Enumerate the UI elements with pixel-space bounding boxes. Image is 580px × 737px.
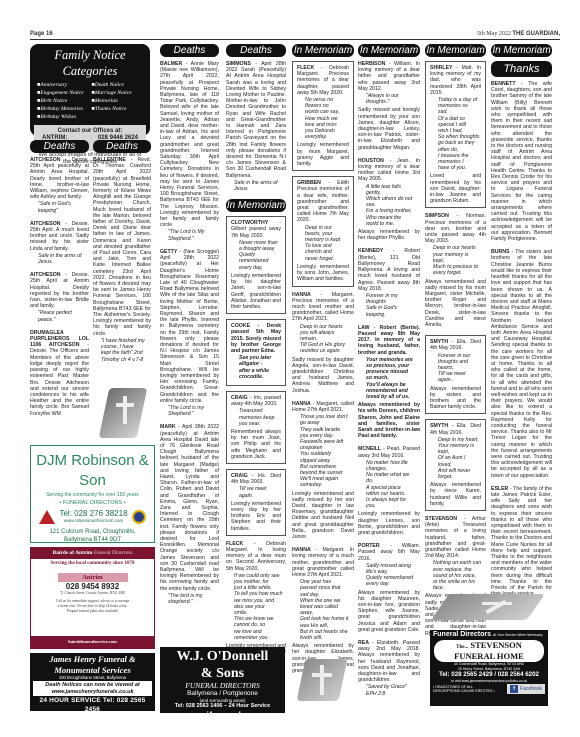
page-number: Page 16 (30, 31, 53, 37)
notice-item: HERBISON - William. In loving memory of … (358, 61, 420, 151)
section-header-deaths: Deaths (93, 140, 151, 153)
notice-item: FLECK - Deborah Margaret. Precious memor… (292, 61, 354, 171)
notice-name: ESLER (491, 486, 508, 492)
verse-line: remember you. (234, 635, 286, 641)
verse-line: every day. (239, 265, 281, 271)
notice-verse: "The Lord Is MyShepherd." (160, 229, 219, 241)
verse-line: every day. (366, 581, 420, 587)
notice-verse: "The Lord is myShepherd." (160, 405, 219, 417)
notice-item: MCNEILL - Pearl. Passed away 3rd May 201… (358, 446, 420, 536)
notice-name: HANNA (292, 401, 311, 407)
advert-address: Ballymena BT44 9DT (31, 536, 154, 544)
notice-name: SMYTH (430, 423, 448, 429)
advert-phone: Tel: 028 2565 2429 / 028 2564 6202 (430, 671, 548, 679)
verse-line: everyday. (305, 134, 349, 140)
category-item: Birth Notice (37, 97, 89, 105)
notice-name: AITCHESON (30, 157, 61, 163)
notice-name: BALLENTINE (93, 157, 126, 163)
verse-line: Shepherd." (168, 411, 219, 417)
notice-verse: Deep in ourhearts, yourmemory is keptTo … (297, 225, 349, 262)
notice-name: AITCHESON (30, 221, 61, 227)
notice-item: CRAIG - Iris. Died 4th May 2003.Till we … (226, 469, 286, 536)
bible-icon (98, 382, 148, 442)
notice-item: AITCHESON - Dessie. 25th April at Antrim… (30, 272, 89, 323)
verse-line: shepherd." (168, 599, 219, 605)
notice-item: SMYTH - Ella. Died 4th May 2016.Forever … (425, 335, 486, 414)
notice-name: PORTER (358, 543, 380, 549)
notice-name: GETTY (160, 249, 177, 255)
family-box-title: Family Notice Categories (33, 47, 147, 79)
notice-item: AITCHESON - Dessie. 25th April peacefull… (30, 157, 89, 214)
verse-line: Jesus. (38, 259, 89, 265)
verse-line: never forget. (305, 256, 349, 262)
advert-title-sub: FUNERAL HOME (454, 651, 524, 661)
advert-phone: Tel: 028 2563 1406 – 24 Hour Service (160, 703, 285, 710)
notice-signoff: Always remembered by his daughter Mauree… (358, 590, 420, 633)
advert-website[interactable]: www.robinsonsofculcrum.com (59, 518, 127, 524)
notice-item: GETTY - (Nee Scroggie) April 28th 2022 (… (160, 249, 219, 417)
notice-verse: Safe in the arms ofJesus (226, 180, 286, 192)
notice-name: HERBISON (358, 61, 385, 67)
dateline: 5th May 2022 THE GUARDIAN, (477, 31, 560, 37)
notice-name: SIMMONS (226, 61, 251, 67)
notice-verse: Nothing on earth canever replace, thesou… (425, 560, 486, 591)
notice-text: - Arthur (Artie) Treasured memories of a… (425, 516, 486, 559)
notice-name: KENNEDY (358, 248, 383, 254)
notice-text: - The family of the late James Patrick E… (491, 486, 552, 597)
notice-item: BALLENTINE - Revd. Dr. Thomas Crawford 2… (93, 157, 151, 363)
facebook-icon: f (510, 685, 518, 693)
triangle-logo-icon (39, 510, 55, 524)
notice-text: - The sisters and brothers of the late C… (491, 249, 552, 478)
notice-signoff: Lovingly remembered and sadly missed by … (292, 491, 354, 541)
notice-name: BURNS (491, 249, 509, 255)
notice-signoff: Lovingly remembered by his daughter Jane… (231, 273, 281, 310)
notice-item: SHIRLEY - Matt. In loving memory of my d… (425, 61, 486, 208)
verse-line: world to me. (366, 221, 420, 227)
category-item: Death Notice (92, 81, 144, 89)
section-header-deaths: Deaths (30, 140, 89, 153)
thanks-column-8: In Memoriam Thanks BENNETT - The wife Ca… (491, 44, 552, 604)
bible-icon (295, 655, 350, 705)
notice-item: KENNEDY - Robert (Bertie), 121 Old Bally… (358, 248, 420, 317)
notice-verse: No verse noflowers nowords can say,How m… (297, 97, 349, 140)
notice-item: HOUSTON - Jean. In loving memory of a de… (358, 158, 420, 242)
notice-text: - Annie Mary (Maisie nee Williamson), 27… (160, 61, 219, 228)
wj-odonnell-advert: W.J. O'Donnell & Sons FUNERAL DIRECTORS … (160, 647, 285, 713)
advert-title: W.J. O'Donnell (160, 650, 285, 664)
verse-line: Nothing on earth can (433, 560, 486, 566)
verse-line: reunites us again. (300, 348, 354, 354)
verse-line: have of you. (438, 165, 481, 171)
notice-name: SMYTH (430, 339, 448, 345)
notice-verse: "Peace perfectpeace." (30, 310, 89, 322)
verse-line: keeping" (38, 208, 89, 214)
notice-name: REA (358, 640, 369, 646)
advert-title-name: STEVENSON (470, 640, 522, 650)
advert-website[interactable]: www.jameshenryfunerals.co.uk (33, 689, 152, 696)
advert-headstones: DESCRIPTIONS CAN BE ERECTED • (433, 689, 495, 694)
notice-item: HANNA - Margaret. Precious memories of a… (292, 292, 354, 394)
section-header-deaths: Deaths (226, 44, 286, 57)
advert-title: DJM Robinson & Son (31, 451, 154, 491)
notice-item: LAW - Robert (Bertie). Passed away 8th M… (358, 325, 420, 440)
section-header-deaths: Deaths (160, 44, 219, 57)
advert-title: James Henry Funeral & (31, 655, 154, 665)
notice-text: - Elizabeth. Passed away 2nd May 2018. A… (358, 640, 420, 683)
notice-signoff: Loved and remembered by his son David, d… (430, 173, 481, 204)
advert-subheading: At Your Service When Necessary (493, 633, 543, 637)
notice-name: HANNA (292, 292, 311, 298)
notice-verse: "Saved by Grace"EPH 2:8 (358, 684, 420, 696)
advert-address: 121 Culcrum Road, Cloughmills, (31, 528, 154, 536)
deaths-column-3: Deaths BALMER - Annie Mary (Maisie nee W… (160, 44, 219, 612)
notice-name: FLECK (226, 541, 243, 547)
notice-verse: Never more thana thought away.Quietlyrem… (231, 240, 281, 271)
verse-line: every forget. (433, 270, 486, 276)
category-item: Birthday Wishes (37, 113, 89, 121)
notice-signoff: Lovingly remembered by mum Margaret, gra… (297, 142, 349, 167)
deaths-column-1: Deaths AITCHESON - Dessie. 25th April pe… (30, 140, 89, 424)
verse-line: peace." (38, 317, 89, 323)
notice-name: FLECK (297, 65, 314, 71)
section-header-memoriam: In Memoriam (425, 44, 486, 57)
contact-title: Contact our Offices at: (42, 127, 138, 135)
notice-item: SMYTH - Ella. Died 4th May 2016.Deep in … (425, 419, 486, 511)
notice-text: - (Nee Scroggie) April 28th 2022 (peacef… (160, 249, 219, 404)
notice-name: AITCHESON (30, 272, 61, 278)
advert-role: • FUNERAL DIRECTORS • (31, 499, 154, 507)
notice-name: SIMPSON (425, 213, 449, 219)
notice-text: - Robert (Bertie), 121 Old Ballymoney Ro… (358, 248, 420, 291)
notice-name: GRIBBEN (297, 180, 321, 186)
notice-verse: Deep in our heartsyour memory iskept,Muc… (425, 245, 486, 276)
notice-name: CRAIG (231, 473, 248, 479)
notice-name: COOKE (231, 323, 250, 329)
notice-item: BURNS - The sisters and brothers of the … (491, 249, 552, 479)
advert-address: 71 Church Street, County Antrim, BT41 4B… (31, 591, 154, 596)
notice-name: MARK (160, 424, 176, 430)
advert-website[interactable]: bairdsfuneralservice.com (68, 639, 117, 644)
notice-text: - Dessie. The Officers and Members of th… (30, 342, 89, 416)
issue-date: 5th May 2022 (477, 31, 511, 37)
category-item: Marriage Notice (92, 89, 144, 97)
advert-subtitle: Funeral Directors (94, 550, 133, 556)
notice-name: MCNEILL (358, 446, 381, 452)
family-notice-categories-box: Family Notice Categories Anniversary Dea… (30, 44, 150, 136)
stevenson-funeral-home-advert: Funeral Directors At Your Service When N… (430, 630, 548, 706)
notice-verse: See you lateralligator -after a whilecro… (231, 355, 281, 380)
notice-item: ESLER - The family of the late James Pat… (491, 486, 552, 598)
category-item: Memorian (92, 97, 144, 105)
notice-item: CRAIG - Iris, passed away 4th May 2003.T… (226, 391, 286, 464)
verse-line: loved by all of us. (366, 394, 420, 400)
advert-title: & Sons (160, 667, 285, 681)
notice-verse: Forever in mythoughtsSafe in God'skeepin… (358, 293, 420, 318)
james-henry-advert: James Henry Funeral & Monumental Service… (30, 653, 155, 711)
memoriam-column-7: In Memoriam SHIRLEY - Matt. In loving me… (425, 44, 486, 644)
notice-text: - Revd. Dr. Thomas Crawford 20th April 2… (93, 157, 151, 337)
notice-name: SHIRLEY (430, 65, 452, 71)
notice-signoff: Sadly missed and lovingly remembered by … (358, 107, 420, 150)
notice-text: - The wife Carol, daughters, son and bro… (491, 81, 552, 242)
advert-title-prefix: The... (456, 645, 468, 650)
notice-signoff: Lovingly remembered by sons John, James,… (297, 264, 349, 283)
advert-website[interactable]: www.nifunerals.com (160, 710, 285, 720)
verse-line: forget. (438, 474, 481, 480)
memoriam-column-5: In Memoriam FLECK - Deborah Margaret. Pr… (292, 44, 354, 681)
verse-line: you near. (239, 421, 281, 427)
notice-item: CLOTWORTHY - Gilbert passed away 7th May… (226, 216, 286, 314)
notice-text: - Edith Precious memories of a dear wife… (297, 180, 349, 223)
notice-signoff: Remembered always by her mum Joan, son P… (231, 429, 281, 460)
verse-line: Timothy ch 4 v.7-8 (101, 357, 151, 363)
notice-signoff: Always remembered by sisters and brother… (430, 386, 481, 411)
notice-verse: Sadly missed alonglife's way,Quietly rem… (358, 563, 420, 588)
notice-verse: Treasuredmemories keepyou near. (231, 408, 281, 427)
paper-name: THE GUARDIAN, (512, 31, 560, 37)
notice-item: MARK - April 28th 2022 (peacefully) at A… (160, 424, 219, 605)
notice-verse: Today is a day ofmemories sosad,Of a dad… (430, 97, 481, 171)
verse-line: again. (438, 377, 481, 383)
notice-text: - Dessie. 25th April at Antrim Hospital.… (30, 272, 89, 309)
verse-line: someday. (300, 482, 354, 488)
advert-title: The... STEVENSONFUNERAL HOME (434, 640, 544, 662)
section-header-memoriam: In Memoriam (491, 44, 552, 57)
facebook-label: Facebook (520, 684, 542, 694)
notice-name: HANNA (292, 547, 311, 553)
section-header-memoriam: In Memoriam (226, 199, 286, 212)
notice-item: GRIBBEN - Edith Precious memories of a d… (292, 176, 354, 286)
notice-name: BENNETT (491, 81, 516, 87)
advert-tagline: Serving the community for over 150 years (31, 491, 154, 499)
notice-item: FLECK - Deborah Margaret. In loving memo… (226, 541, 286, 662)
deaths-memoriam-column-4: Deaths SIMMONS - April 28th 2022 Sarah (… (226, 44, 286, 669)
verse-line: Jesus (234, 186, 286, 192)
notice-name: CRAIG (231, 395, 248, 401)
section-header-thanks: Thanks (491, 61, 552, 77)
verse-line: To tell you how much (234, 591, 286, 597)
facebook-badge[interactable]: fFacebook (507, 684, 545, 694)
page-header: Page 16 5th May 2022 THE GUARDIAN, (30, 30, 560, 40)
memoriam-column-6: In Memoriam HERBISON - William. In lovin… (358, 44, 420, 704)
notice-verse: "Safe in God'skeeping" (30, 201, 89, 213)
notice-signoff: Always remembered by niece Karen, husban… (430, 482, 481, 507)
notice-verse: Those you love don'tgo awayThey walk bes… (292, 414, 354, 488)
notice-item: PORTER - William. Passed away 6th May 20… (358, 543, 420, 633)
notice-verse: Forever in ourthoughts andhearts,Till we… (430, 353, 481, 384)
djm-robinson-advert: DJM Robinson & Son Serving the community… (30, 445, 155, 543)
category-item: Thanks Notice (92, 105, 144, 113)
bible-icon (432, 590, 542, 626)
verse-line: Shepherd." (168, 236, 219, 242)
notice-signoff: Always remembered by his wife Doreen, ch… (358, 402, 420, 439)
notice-signoff: Always remembered by her daughter Phylli… (358, 229, 420, 241)
notice-verse: Till we meetagain. (231, 486, 281, 498)
notice-name: BALMER (160, 61, 182, 67)
advert-tagline: Serving the local community since 1870 (31, 559, 154, 569)
notice-signoff: Always remembered and sadly missed by hi… (425, 279, 486, 329)
category-item: Engagement Notice (37, 89, 89, 97)
notice-signoff: Lovingly remembered every day by her bro… (231, 501, 281, 532)
verse-line: God took her home it (300, 616, 354, 622)
verse-line: you. (366, 503, 420, 509)
notice-verse: Deep in my heart,Your memory iskept,Of a… (430, 437, 481, 480)
notice-signoff: Sadly missed by daughter Angela, son-in-… (292, 357, 354, 394)
verse-line: keeping. (366, 312, 420, 318)
notice-item: BALMER - Annie Mary (Maisie nee Williams… (160, 61, 219, 242)
section-header-memoriam: In Memoriam (292, 44, 354, 57)
notice-item: REA - Elizabeth. Passed away 2nd May 201… (358, 640, 420, 697)
notice-verse: "I have finished mycourse, I havekept th… (93, 338, 151, 363)
advert-title: Monumental Services (31, 666, 154, 676)
advert-notice: Death Notices can now be viewed at (33, 682, 152, 689)
notice-verse: "Always in ourthoughts." (358, 93, 420, 105)
section-header-memoriam: In Memoriam (358, 44, 420, 57)
notice-item: SIMMONS - April 28th 2022 Sarah (Peacefu… (226, 61, 286, 192)
notice-verse: No matter how lifechanges,No matter what… (358, 460, 420, 510)
category-list: Anniversary Death Notice Engagement Noti… (33, 79, 147, 123)
notice-verse: One year haspassed since thatsad day,Whe… (292, 579, 354, 641)
notice-text: - Dessie. 25th April peacefully at Antri… (30, 157, 89, 200)
bairds-of-antrim-advert: Bairds of Antrim Funeral Directors Servi… (30, 547, 155, 649)
verse-line: EPH 2:8 (366, 691, 420, 697)
verse-line: thoughts." (366, 99, 420, 105)
notice-verse: "The lord is myshepherd." (160, 593, 219, 605)
advert-role: FUNERAL DIRECTORS (160, 681, 285, 690)
notice-item: AITCHESON - Dessie. 25th April. A much l… (30, 221, 89, 265)
advert-phone: 24 HOUR SERVICE Tel: 028 2565 2456 (31, 696, 154, 714)
notice-name: HOUSTON (358, 158, 384, 164)
advert-locations: Ballymena / Portglenone (160, 690, 285, 698)
advert-title: Bairds of Antrim (52, 550, 92, 556)
notice-verse: If we could only seeyou mother, forjust … (226, 573, 286, 641)
deaths-column-2: Deaths BALLENTINE - Revd. Dr. Thomas Cra… (93, 140, 151, 370)
notice-item: DRUMAGLEA PURPLEHEROS LOL 1106 AITCHESON… (30, 330, 89, 417)
advert-location: Antrim (58, 573, 128, 582)
category-item: Anniversary (37, 81, 89, 89)
notice-verse: Safe in the arms ofJesus. (30, 253, 89, 265)
advert-phone: Tel: 028 276 38218 (59, 509, 127, 518)
notice-item: SIMPSON - Norman. Precious memories of a… (425, 213, 486, 328)
verse-line: crocodile. (239, 374, 281, 380)
advert-blurb: Prepaid funeral plans also available (31, 609, 154, 614)
notice-name: LAW (358, 325, 370, 331)
notice-item: HANNA - Margaret, called Home 27th April… (292, 401, 354, 540)
verse-line: liveth still. (300, 635, 354, 641)
advert-heading: Funeral Directors (433, 631, 491, 638)
notice-name: STEVENSON (425, 516, 457, 522)
notice-name: CLOTWORTHY (231, 220, 268, 226)
notice-item: BENNETT - The wife Carol, daughters, son… (491, 81, 552, 242)
notice-item: COOKE - Derek passed 5th May 2015. Sorel… (226, 319, 286, 386)
notice-verse: Your memories areso precious, yourpresen… (358, 357, 420, 400)
notice-signoff: Lovingly remembered by daughter Lennes, … (358, 511, 420, 536)
lion-seal-icon (132, 510, 146, 524)
advert-phone: 028 9454 8932 (31, 582, 154, 591)
verse-line: again. (239, 493, 281, 499)
notice-verse: Deep in our heartsyou will alwaysremain.… (292, 324, 354, 355)
notice-verse: A little tear fallsgently,Which others d… (358, 184, 420, 227)
category-item: Birthday Memories (37, 105, 89, 113)
notice-text: - April 28th 2022 Sarah (Peacefully) At … (226, 61, 286, 179)
notice-text: - April 28th 2022 (peacefully) at Antrim… (160, 424, 219, 591)
